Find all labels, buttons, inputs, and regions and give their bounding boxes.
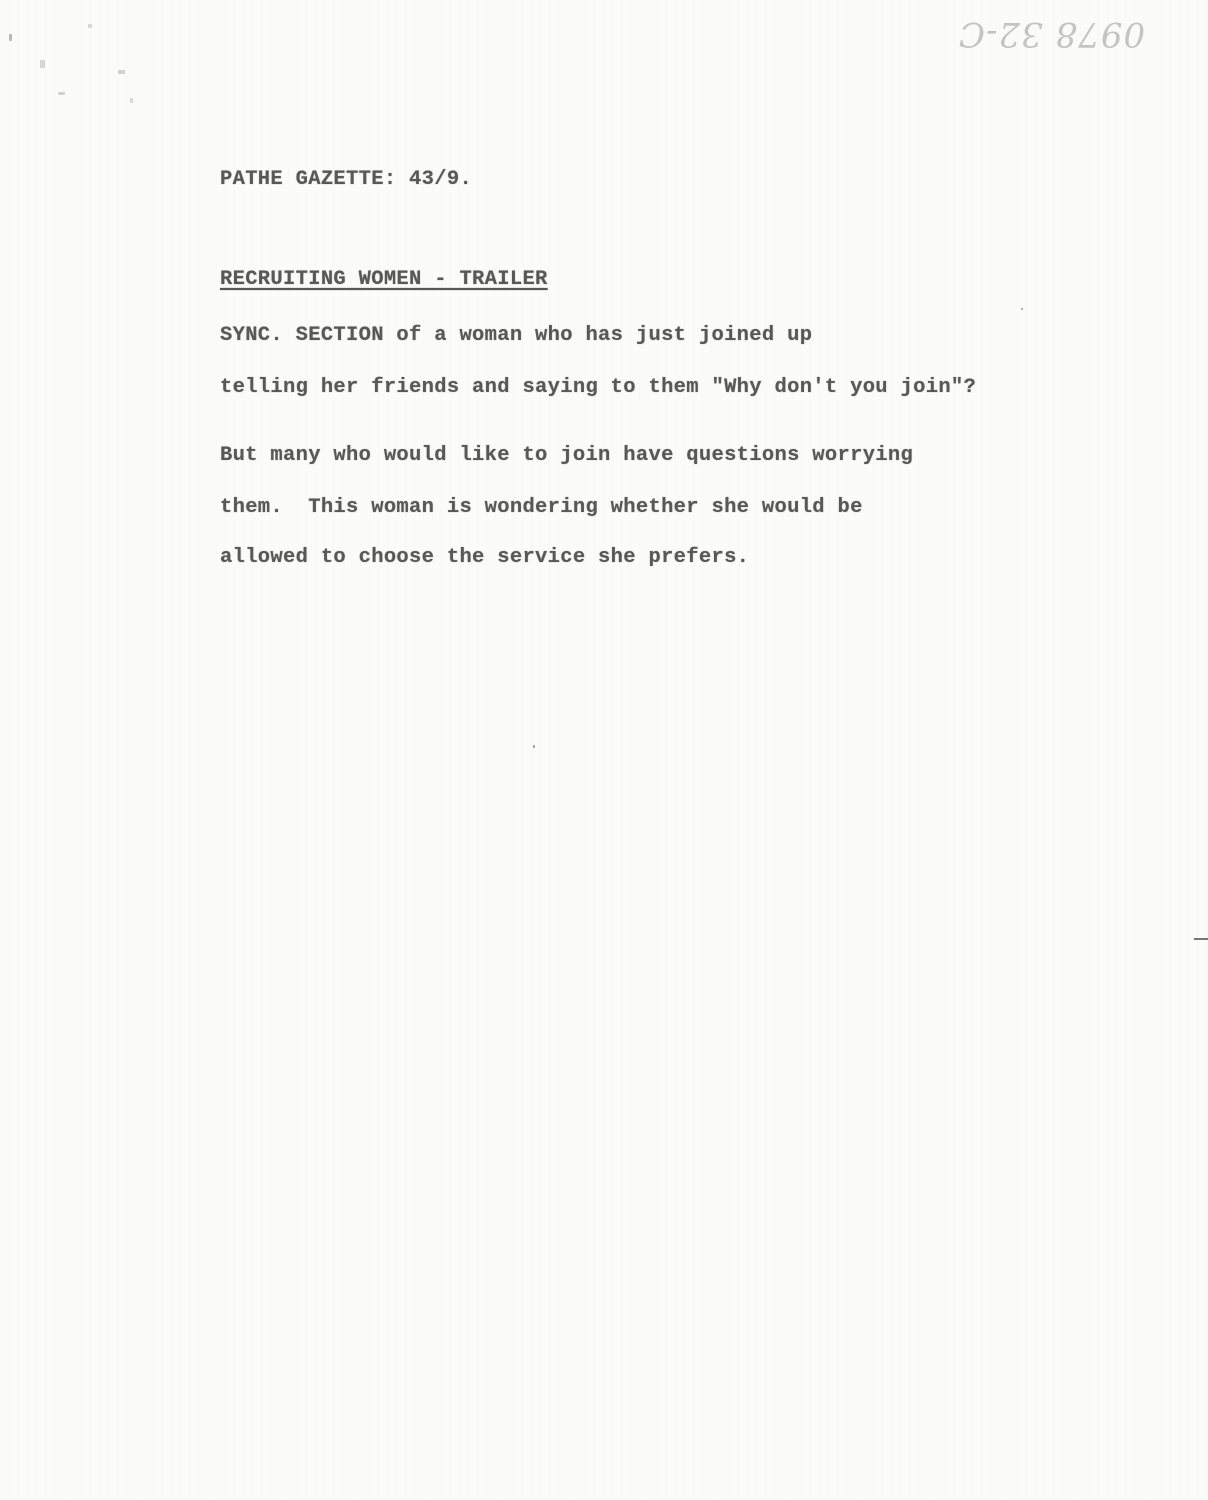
scan-speck xyxy=(533,745,535,748)
body-line: telling her friends and saying to them "… xyxy=(220,376,976,399)
scan-speck xyxy=(58,92,65,95)
page-edge-mark xyxy=(1194,938,1208,940)
scan-speck xyxy=(40,60,45,68)
handwritten-reference-number: 0978 32-C xyxy=(958,14,1145,54)
newsreel-heading: PATHE GAZETTE: 43/9. xyxy=(220,168,472,191)
story-title: RECRUITING WOMEN - TRAILER xyxy=(220,268,548,291)
scan-speck xyxy=(130,98,133,103)
body-line: But many who would like to join have que… xyxy=(220,444,913,467)
body-line: allowed to choose the service she prefer… xyxy=(220,546,749,569)
scan-speck xyxy=(9,34,12,41)
scan-speck xyxy=(1021,308,1023,310)
body-line: SYNC. SECTION of a woman who has just jo… xyxy=(220,324,812,347)
typewritten-page: 0978 32-C PATHE GAZETTE: 43/9. RECRUITIN… xyxy=(0,0,1208,1500)
body-line: them. This woman is wondering whether sh… xyxy=(220,496,863,519)
scan-speck xyxy=(88,24,92,28)
scan-speck xyxy=(118,70,125,74)
